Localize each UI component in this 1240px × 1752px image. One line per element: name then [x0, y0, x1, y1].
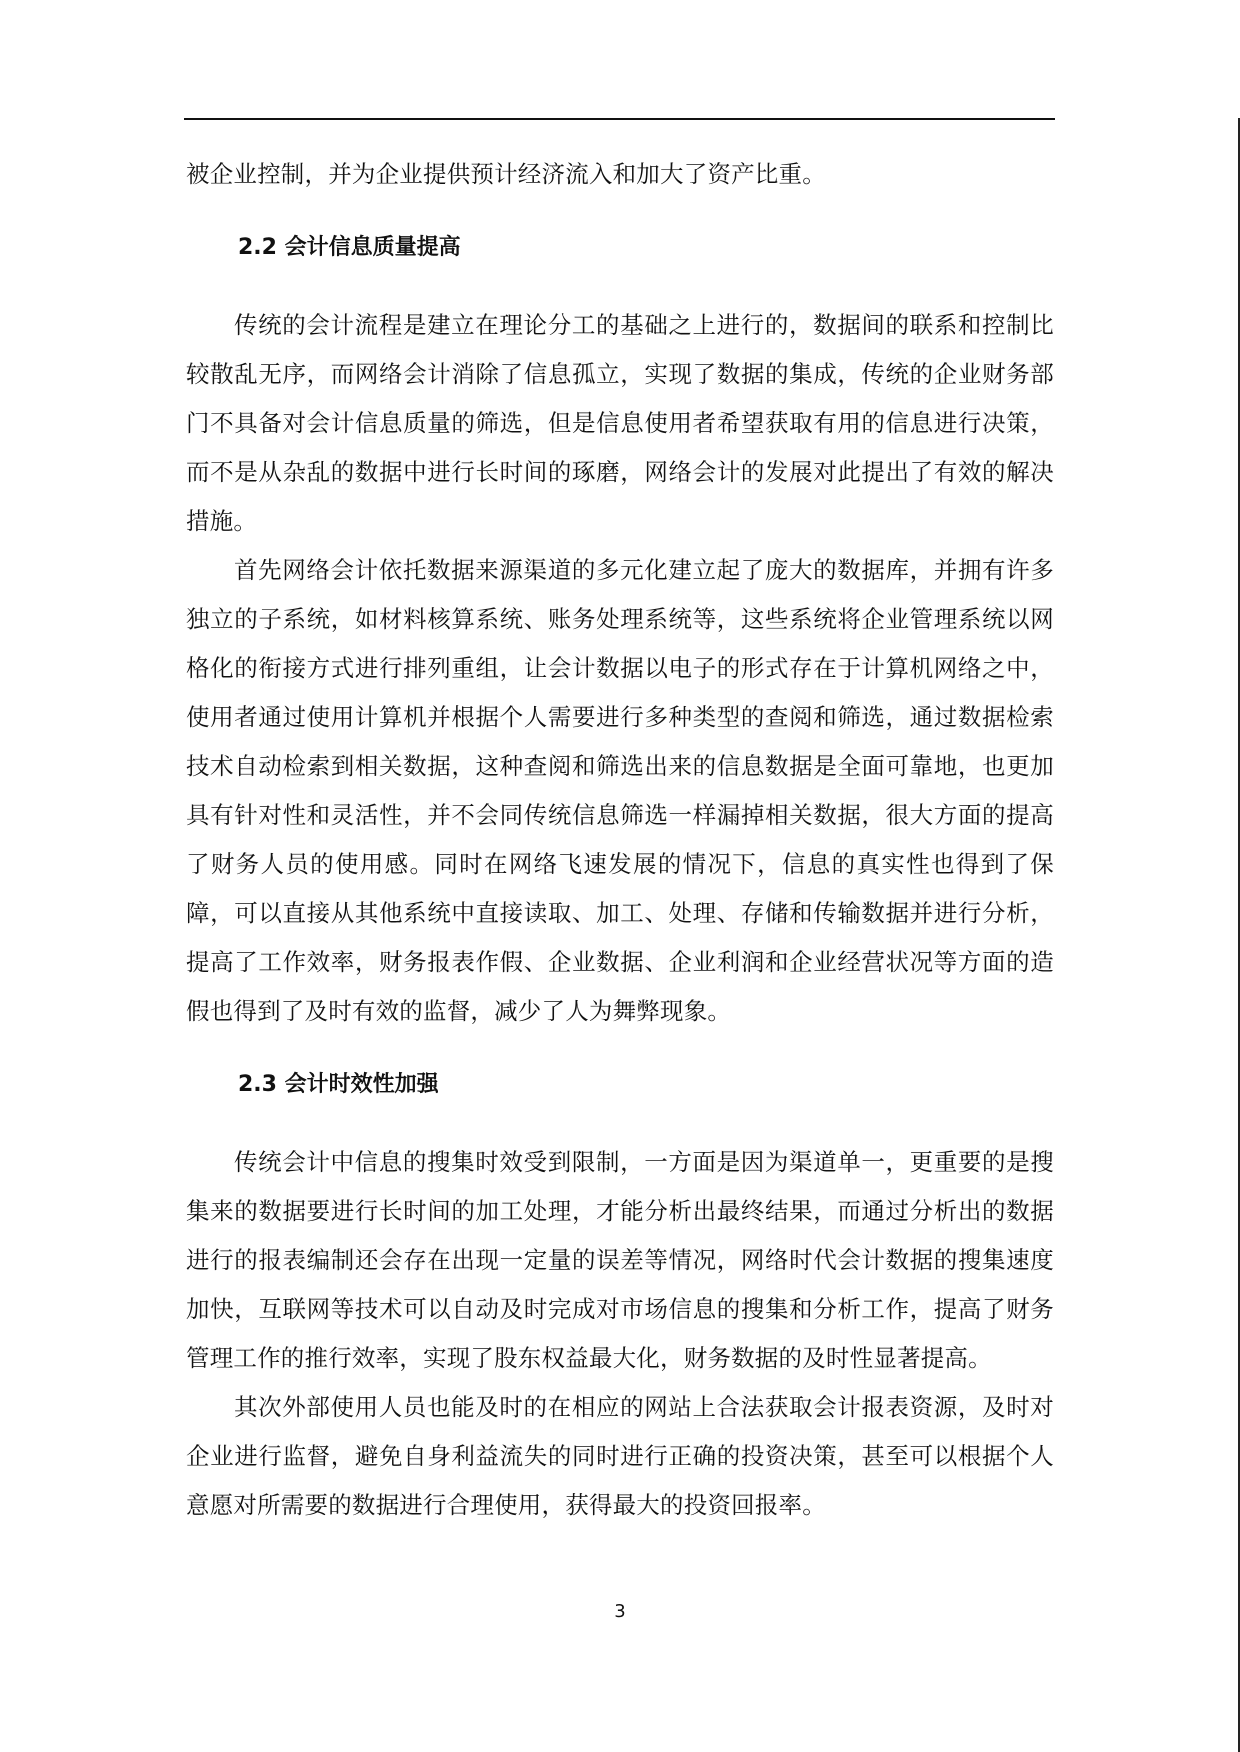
header-rule	[184, 118, 1055, 120]
paragraph: 传统会计中信息的搜集时效受到限制，一方面是因为渠道单一，更重要的是搜集来的数据要…	[186, 1138, 1054, 1383]
paragraph: 传统的会计流程是建立在理论分工的基础之上进行的，数据间的联系和控制比较散乱无序，…	[186, 301, 1054, 546]
paragraph: 其次外部使用人员也能及时的在相应的网站上合法获取会计报表资源，及时对企业进行监督…	[186, 1383, 1054, 1530]
section-heading-2-2: 2.2 会计信息质量提高	[186, 233, 1054, 263]
paragraph: 首先网络会计依托数据来源渠道的多元化建立起了庞大的数据库，并拥有许多独立的子系统…	[186, 546, 1054, 1036]
section-heading-2-3: 2.3 会计时效性加强	[186, 1070, 1054, 1100]
page-number: 3	[0, 1601, 1240, 1622]
page-body: 被企业控制，并为企业提供预计经济流入和加大了资产比重。 2.2 会计信息质量提高…	[186, 150, 1054, 1530]
paragraph-continuation: 被企业控制，并为企业提供预计经济流入和加大了资产比重。	[186, 150, 1054, 199]
